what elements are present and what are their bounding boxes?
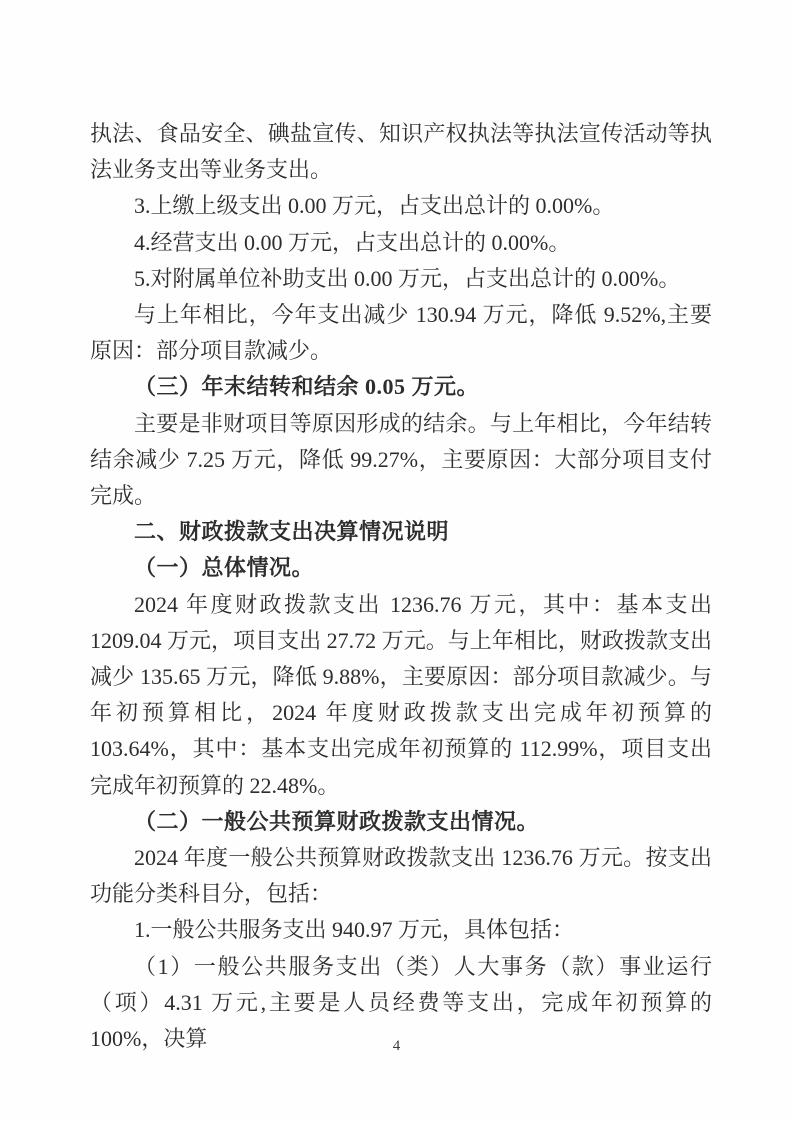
subheading-1-overall-situation: （一）总体情况。 (90, 550, 712, 586)
paragraph-item-3-upward-payment: 3.上缴上级支出 0.00 万元，占支出总计的 0.00%。 (90, 188, 712, 224)
paragraph-item-1-general-public-services: 1.一般公共服务支出 940.97 万元，具体包括： (90, 912, 712, 948)
subheading-2-general-public-budget: （二）一般公共预算财政拨款支出情况。 (90, 804, 712, 840)
document-page: 执法、食品安全、碘盐宣传、知识产权执法等执法宣传活动等执法业务支出等业务支出。3… (0, 0, 793, 1122)
paragraph-carryover-explanation: 主要是非财项目等原因形成的结余。与上年相比，今年结转结余减少 7.25 万元，降… (90, 406, 712, 515)
paragraph-general-public-budget-total: 2024 年度一般公共预算财政拨款支出 1236.76 万元。按支出功能分类科目… (90, 840, 712, 912)
document-content: 执法、食品安全、碘盐宣传、知识产权执法等执法宣传活动等执法业务支出等业务支出。3… (90, 116, 712, 1057)
paragraph-overall-fiscal-spending: 2024 年度财政拨款支出 1236.76 万元，其中：基本支出 1209.04… (90, 587, 712, 804)
section-heading-2-fiscal-appropriation: 二、财政拨款支出决算情况说明 (90, 514, 712, 550)
paragraph-law-enforcement-spending: 执法、食品安全、碘盐宣传、知识产权执法等执法宣传活动等执法业务支出等业务支出。 (90, 116, 712, 188)
paragraph-item-4-operating-expense: 4.经营支出 0.00 万元，占支出总计的 0.00%。 (90, 225, 712, 261)
paragraph-yearly-comparison: 与上年相比，今年支出减少 130.94 万元，降低 9.52%,主要原因：部分项… (90, 297, 712, 369)
paragraph-item-5-subsidy-to-affiliates: 5.对附属单位补助支出 0.00 万元，占支出总计的 0.00%。 (90, 261, 712, 297)
page-number: 4 (0, 1038, 793, 1055)
subheading-3-year-end-carryover: （三）年末结转和结余 0.05 万元。 (90, 369, 712, 405)
